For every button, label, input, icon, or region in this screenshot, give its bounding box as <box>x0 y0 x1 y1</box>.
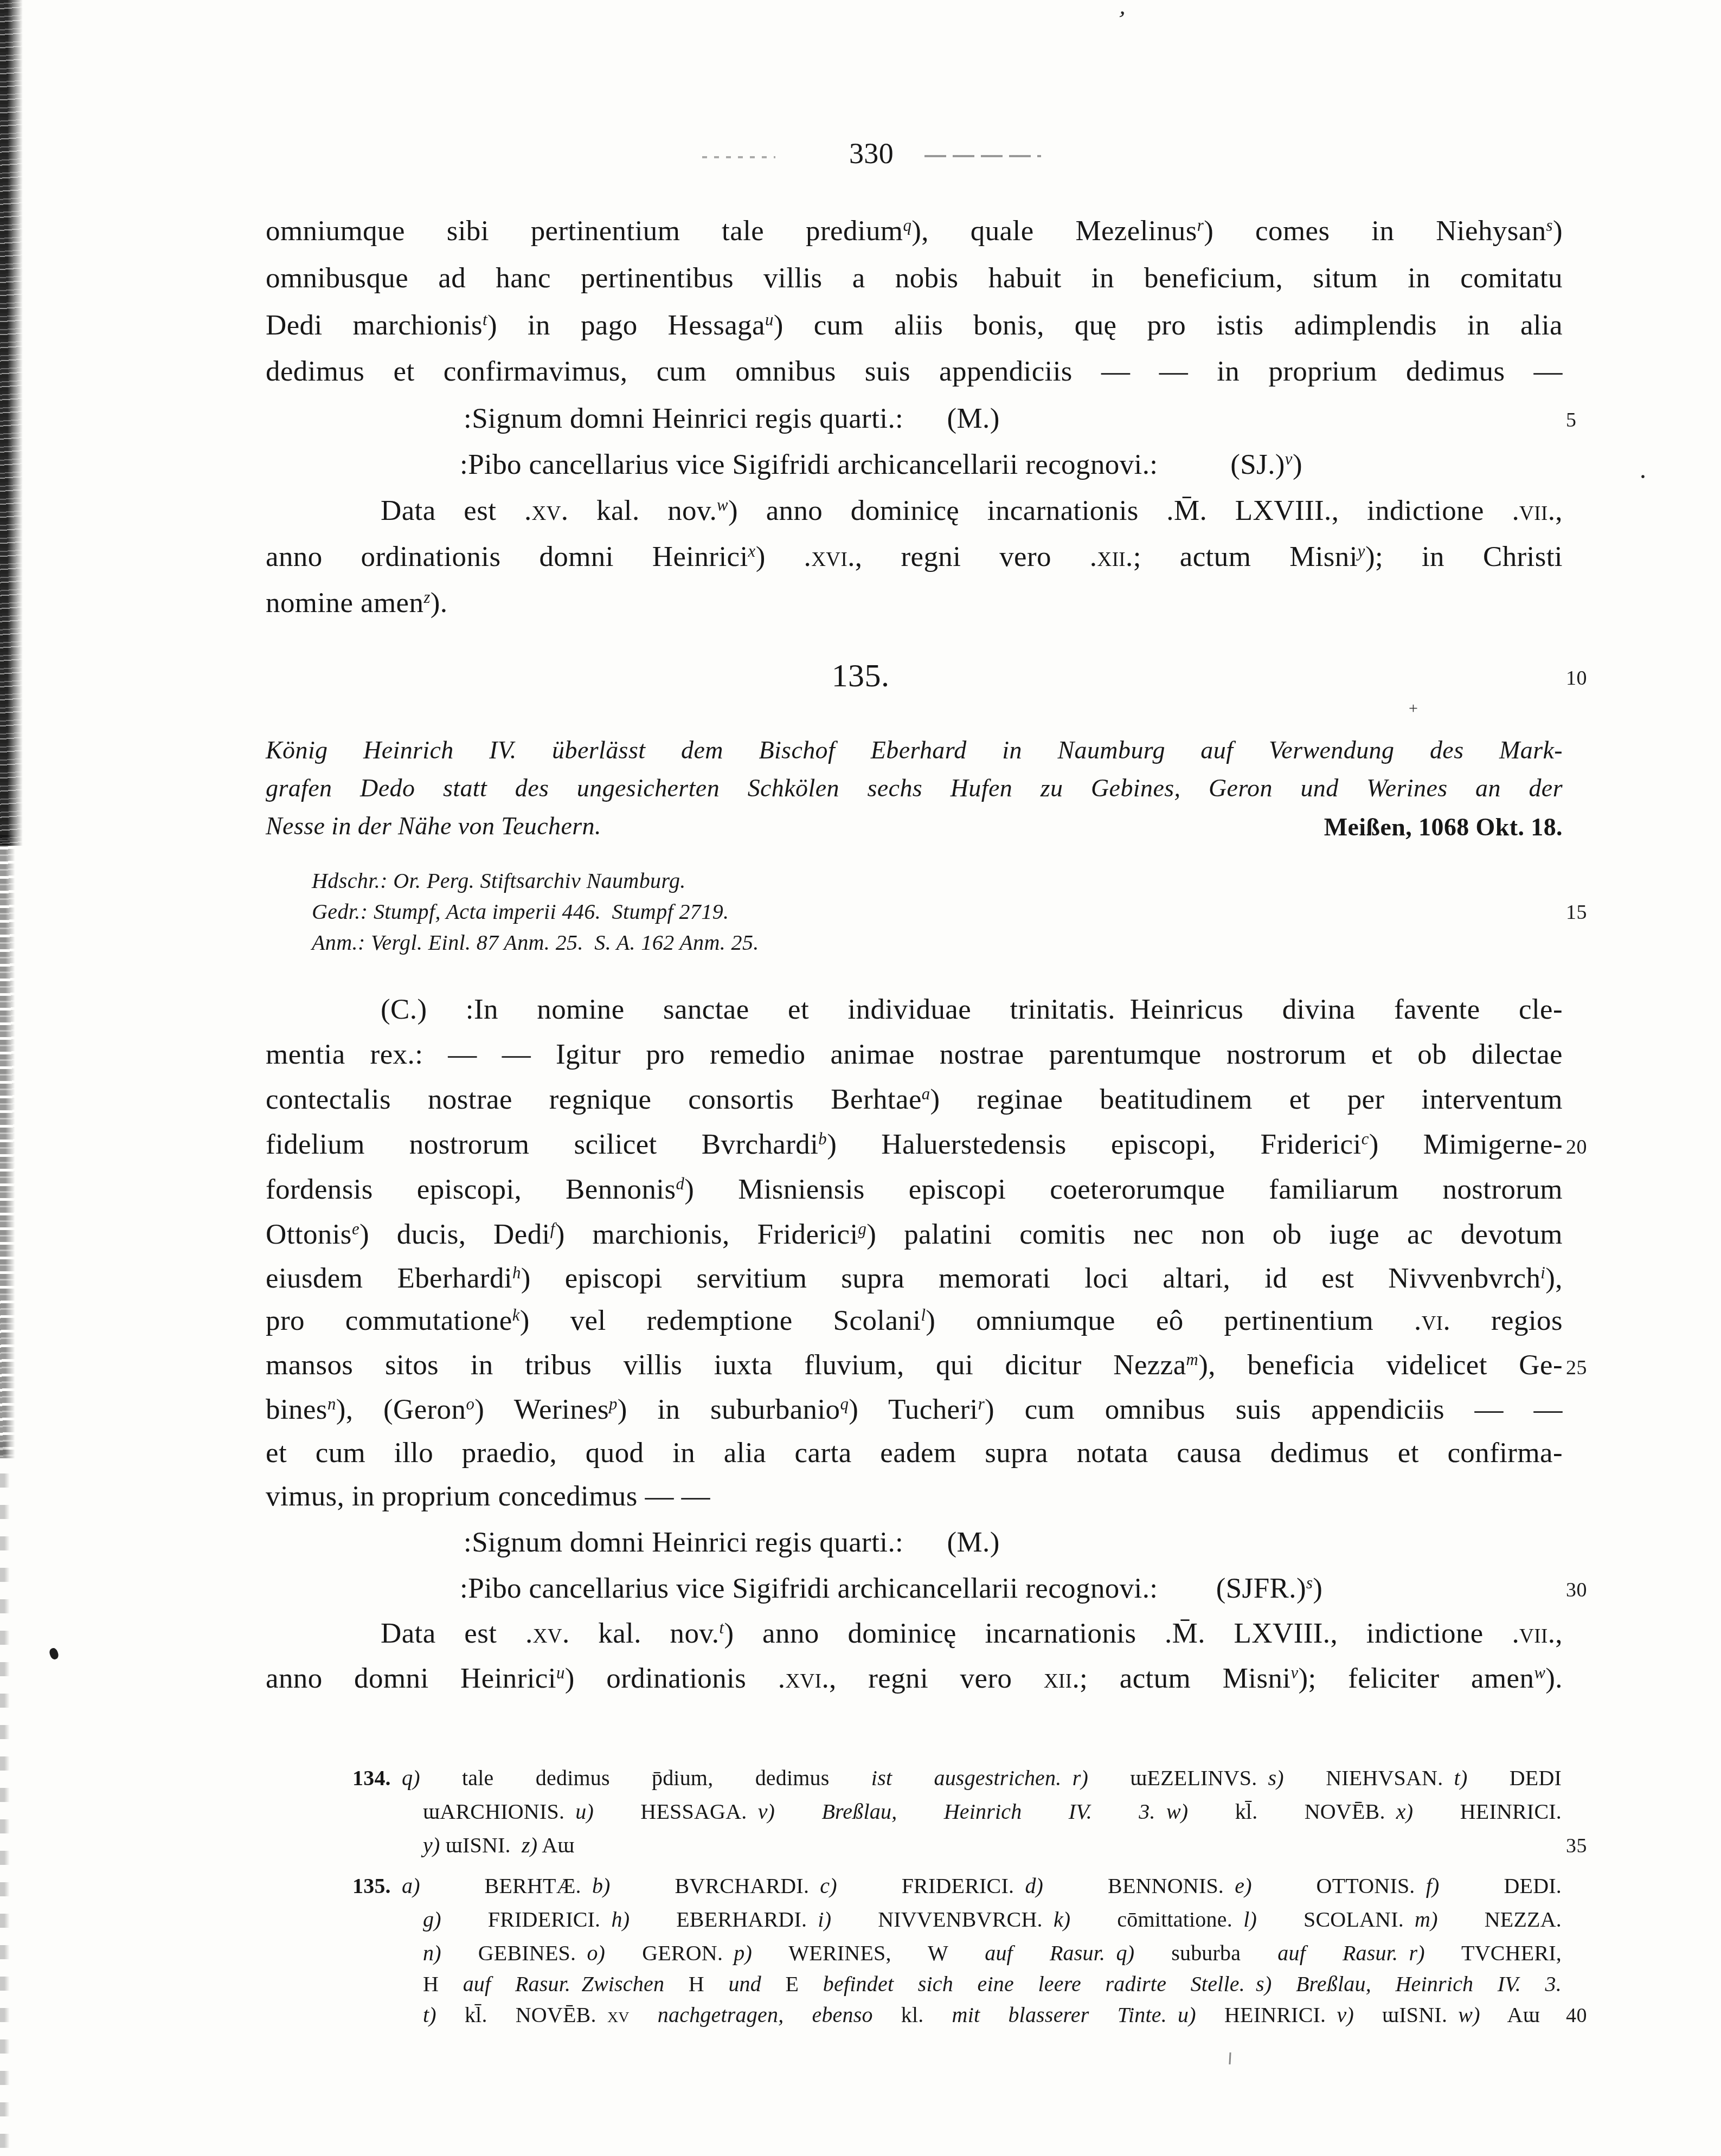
footnote-134-line: y) ɯISNI. z) Aɯ <box>423 1833 1562 1858</box>
charter-135-text-line: eiusdem Eberhardih) episcopi servitium s… <box>266 1263 1563 1295</box>
footnote-ref: d <box>676 1175 684 1193</box>
charter-134-text-line: omniumque sibi pertinentium tale predium… <box>266 215 1563 247</box>
footnote-ref: r <box>978 1395 985 1413</box>
footnote-ref: f <box>550 1220 555 1238</box>
footnote-135-line: t) kl̄. NOVĒB. xv nachgetragen, ebenso k… <box>423 2003 1540 2028</box>
footnote-ref: v <box>1290 1664 1298 1682</box>
footnote-ref: c <box>1362 1130 1369 1148</box>
footnote-ref: a <box>922 1085 930 1103</box>
charter-135-text-line: et cum illo praedio, quod in alia carta … <box>266 1437 1563 1469</box>
charter-135-text-line: pro commutationek) vel redemptione Scola… <box>266 1305 1563 1337</box>
footnote-ref: n <box>327 1395 336 1413</box>
footnote-ref: w <box>1534 1664 1545 1682</box>
charter-135-text-line: mansos sitos in tribus villis iuxta fluv… <box>266 1349 1563 1381</box>
footnote-ref: z <box>423 588 430 607</box>
charter-135-signum-line: :Signum domni Heinrici regis quarti.: (M… <box>464 1527 1000 1559</box>
footnote-ref: u <box>556 1664 565 1682</box>
scan-artifact <box>48 1647 60 1661</box>
scan-artifact <box>1229 2052 1231 2064</box>
source-line-hdschr: Hdschr.: Or. Perg. Stiftsarchiv Naumburg… <box>312 869 686 893</box>
footnote-ref: x <box>748 542 756 561</box>
footnote-ref: k <box>512 1306 520 1324</box>
charter-135-recognition-line: :Pibo cancellarius vice Sigifridi archic… <box>460 1573 1322 1605</box>
footnote-ref: m <box>1186 1350 1199 1369</box>
line-number: 5 <box>1566 409 1615 432</box>
line-number: 25 <box>1566 1356 1615 1380</box>
charter-135-text-line: fidelium nostrorum scilicet Bvrchardib) … <box>266 1129 1563 1161</box>
scan-artifact: + <box>1409 699 1418 718</box>
footnote-ref: q <box>903 216 911 235</box>
footnote-ref: v <box>1285 450 1293 468</box>
line-number: 15 <box>1566 901 1615 924</box>
footnote-ref: o <box>466 1395 474 1413</box>
charter-134-text-line: dedimus et confirmavimus, cum omnibus su… <box>266 356 1563 388</box>
footnote-135-line: H auf Rasur. Zwischen H und E befindet s… <box>423 1972 1562 1997</box>
footnote-135-line: g) FRIDERICI. h) EBERHARDI. i) NIVVENBVR… <box>423 1908 1562 1932</box>
charter-135-datum-line: anno domni Heinriciu) ordinationis .xvi.… <box>266 1663 1563 1695</box>
scan-artifact: · <box>1639 462 1647 492</box>
charter-134-signum-line: :Signum domni Heinrici regis quarti.: (M… <box>464 403 1000 435</box>
charter-135-text-line: binesn), (Gerono) Werinesp) in suburbani… <box>266 1394 1563 1426</box>
footnote-ref: r <box>1197 216 1204 235</box>
charter-134-datum-line: anno ordinationis domni Heinricix) .xvi.… <box>266 541 1563 573</box>
footnote-134-line: ɯARCHIONIS. u) HESSAGA. v) Breßlau, Hein… <box>423 1800 1562 1824</box>
scan-noise-band <box>0 835 15 1458</box>
charter-date-place: Meißen, 1068 Okt. 18. <box>266 813 1563 841</box>
charter-135-number-heading: 135. <box>0 658 1721 694</box>
footnote-ref: y <box>1358 542 1365 561</box>
page-number: 330 <box>0 137 1721 170</box>
footnote-ref: q <box>840 1395 849 1413</box>
footnote-ref: s <box>1306 1574 1313 1592</box>
charter-135-text-line: fordensis episcopi, Bennonisd) Misniensi… <box>266 1174 1563 1206</box>
charter-135-text-line: contectalis nostrae regnique consortis B… <box>266 1084 1563 1116</box>
charter-135-text-line: mentia rex.: — — Igitur pro remedio anim… <box>266 1039 1563 1071</box>
footnote-ref: l <box>921 1306 926 1324</box>
footnote-ref: w <box>717 496 728 514</box>
line-number: 35 <box>1566 1835 1615 1858</box>
charter-135-datum-line: Data est .xv. kal. nov.t) anno dominicę … <box>266 1618 1563 1650</box>
scan-artifact: ’ <box>1114 5 1128 34</box>
regest-line: grafen Dedo statt des ungesicherten Schk… <box>266 774 1563 802</box>
charter-134-datum-line: Data est .xv. kal. nov.w) anno dominicę … <box>266 495 1563 527</box>
footnote-135-line: n) GEBINES. o) GERON. p) WERINES, W auf … <box>423 1941 1562 1966</box>
footnote-ref: s <box>1546 216 1553 235</box>
charter-134-recognition-line: :Pibo cancellarius vice Sigifridi archic… <box>460 449 1302 481</box>
footnote-ref: e <box>352 1220 359 1238</box>
footnote-ref: t <box>719 1619 724 1637</box>
scan-noise-band <box>0 1442 10 2156</box>
footnote-134-line: 134. q) tale dedimus p̄dium, dedimus ist… <box>352 1766 1562 1791</box>
line-number: 40 <box>1566 2004 1615 2028</box>
footnote-ref: t <box>483 311 487 329</box>
scanned-book-page: ’ · + 330 5 10 15 20 25 30 35 40 omniumq… <box>0 0 1721 2156</box>
footnote-ref: g <box>858 1220 867 1238</box>
charter-135-text-line: vimus, in proprium concedimus — — <box>266 1481 710 1513</box>
charter-134-datum-line: nomine amenz). <box>266 587 447 619</box>
footnote-ref: i <box>1540 1264 1545 1282</box>
footnote-ref: u <box>765 311 774 329</box>
footnote-ref: b <box>818 1130 827 1148</box>
source-line-anm: Anm.: Vergl. Einl. 87 Anm. 25. S. A. 162… <box>312 931 759 955</box>
line-number: 20 <box>1566 1136 1615 1159</box>
regest-line: König Heinrich IV. überlässt dem Bischof… <box>266 736 1563 764</box>
footnote-ref: p <box>609 1395 618 1413</box>
footnote-135-line: 135. a) BERHTÆ. b) BVRCHARDI. c) FRIDERI… <box>352 1874 1562 1898</box>
charter-134-text-line: omnibusque ad hanc pertinentibus villis … <box>266 262 1563 294</box>
charter-135-text-line: Ottonise) ducis, Dedif) marchionis, Frid… <box>266 1219 1563 1251</box>
charter-135-text-line: (C.) :In nomine sanctae et individuae tr… <box>266 994 1563 1026</box>
charter-134-text-line: Dedi marchionist) in pago Hessagau) cum … <box>266 310 1563 342</box>
footnote-ref: h <box>512 1264 521 1282</box>
scan-noise-band <box>0 0 23 846</box>
line-number: 30 <box>1566 1579 1615 1602</box>
source-line-gedr: Gedr.: Stumpf, Acta imperii 446. Stumpf … <box>312 900 729 924</box>
